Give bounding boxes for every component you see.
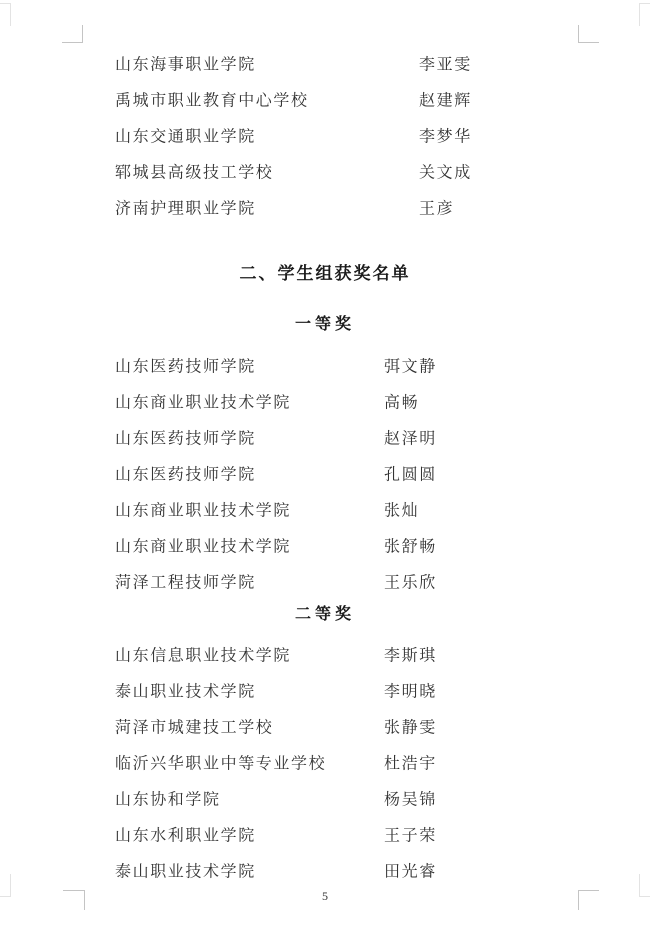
award-row: 济南护理职业学院王彦 bbox=[0, 189, 650, 225]
award-row: 山东交通职业学院李梦华 bbox=[0, 117, 650, 153]
school-name: 山东水利职业学院 bbox=[115, 823, 256, 846]
winner-name: 杨吴锦 bbox=[384, 787, 437, 810]
school-name: 山东商业职业技术学院 bbox=[115, 498, 291, 521]
school-name: 菏泽工程技师学院 bbox=[115, 570, 256, 593]
award-row: 山东水利职业学院王子荣 bbox=[0, 816, 650, 852]
winner-name: 王乐欣 bbox=[384, 570, 437, 593]
winner-name: 关文成 bbox=[419, 160, 472, 183]
school-name: 山东海事职业学院 bbox=[115, 52, 256, 75]
section-title: 二、学生组获奖名单 bbox=[0, 262, 650, 286]
award-row: 山东医药技师学院孔圆圆 bbox=[0, 455, 650, 491]
winner-name: 张静雯 bbox=[384, 715, 437, 738]
prize-heading-first: 一等奖 bbox=[0, 315, 650, 335]
page-corner-mark-top-left bbox=[0, 3, 11, 26]
winner-name: 李梦华 bbox=[419, 124, 472, 147]
winner-name: 赵建辉 bbox=[419, 88, 472, 111]
winner-name: 张舒畅 bbox=[384, 534, 437, 557]
school-name: 禹城市职业教育中心学校 bbox=[115, 88, 309, 111]
school-name: 山东医药技师学院 bbox=[115, 462, 256, 485]
award-row: 菏泽市城建技工学校张静雯 bbox=[0, 708, 650, 744]
award-row: 山东医药技师学院弭文静 bbox=[0, 347, 650, 383]
award-row: 郓城县高级技工学校关文成 bbox=[0, 153, 650, 189]
continued-award-list: 山东海事职业学院李亚雯禹城市职业教育中心学校赵建辉山东交通职业学院李梦华郓城县高… bbox=[0, 45, 650, 225]
award-row: 泰山职业技术学院田光睿 bbox=[0, 852, 650, 888]
winner-name: 高畅 bbox=[384, 390, 419, 413]
prize-heading-second: 二等奖 bbox=[0, 605, 650, 625]
winner-name: 李明晓 bbox=[384, 679, 437, 702]
page-corner-mark-top-right bbox=[639, 3, 650, 26]
winner-name: 杜浩宇 bbox=[384, 751, 437, 774]
award-row: 山东协和学院杨吴锦 bbox=[0, 780, 650, 816]
winner-name: 田光睿 bbox=[384, 859, 437, 882]
first-prize-list: 山东医药技师学院弭文静山东商业职业技术学院高畅山东医药技师学院赵泽明山东医药技师… bbox=[0, 347, 650, 599]
margin-crop-mark-top-right bbox=[578, 25, 599, 43]
winner-name: 弭文静 bbox=[384, 354, 437, 377]
award-row: 临沂兴华职业中等专业学校杜浩宇 bbox=[0, 744, 650, 780]
winner-name: 张灿 bbox=[384, 498, 419, 521]
award-row: 山东医药技师学院赵泽明 bbox=[0, 419, 650, 455]
school-name: 山东交通职业学院 bbox=[115, 124, 256, 147]
school-name: 泰山职业技术学院 bbox=[115, 859, 256, 882]
award-row: 山东信息职业技术学院李斯琪 bbox=[0, 636, 650, 672]
margin-crop-mark-top-left bbox=[62, 25, 83, 43]
award-row: 山东商业职业技术学院高畅 bbox=[0, 383, 650, 419]
school-name: 山东医药技师学院 bbox=[115, 354, 256, 377]
school-name: 山东商业职业技术学院 bbox=[115, 534, 291, 557]
award-row: 山东海事职业学院李亚雯 bbox=[0, 45, 650, 81]
school-name: 济南护理职业学院 bbox=[115, 196, 256, 219]
school-name: 菏泽市城建技工学校 bbox=[115, 715, 273, 738]
school-name: 郓城县高级技工学校 bbox=[115, 160, 273, 183]
winner-name: 赵泽明 bbox=[384, 426, 437, 449]
winner-name: 李亚雯 bbox=[419, 52, 472, 75]
winner-name: 王彦 bbox=[419, 196, 454, 219]
second-prize-list: 山东信息职业技术学院李斯琪泰山职业技术学院李明晓菏泽市城建技工学校张静雯临沂兴华… bbox=[0, 636, 650, 888]
page-number: 5 bbox=[0, 888, 650, 904]
school-name: 山东信息职业技术学院 bbox=[115, 643, 291, 666]
winner-name: 王子荣 bbox=[384, 823, 437, 846]
award-row: 禹城市职业教育中心学校赵建辉 bbox=[0, 81, 650, 117]
document-page: 山东海事职业学院李亚雯禹城市职业教育中心学校赵建辉山东交通职业学院李梦华郓城县高… bbox=[0, 0, 650, 939]
school-name: 临沂兴华职业中等专业学校 bbox=[115, 751, 326, 774]
school-name: 山东医药技师学院 bbox=[115, 426, 256, 449]
school-name: 山东商业职业技术学院 bbox=[115, 390, 291, 413]
winner-name: 李斯琪 bbox=[384, 643, 437, 666]
school-name: 山东协和学院 bbox=[115, 787, 221, 810]
award-row: 泰山职业技术学院李明晓 bbox=[0, 672, 650, 708]
award-row: 山东商业职业技术学院张舒畅 bbox=[0, 527, 650, 563]
award-row: 菏泽工程技师学院王乐欣 bbox=[0, 563, 650, 599]
award-row: 山东商业职业技术学院张灿 bbox=[0, 491, 650, 527]
winner-name: 孔圆圆 bbox=[384, 462, 437, 485]
school-name: 泰山职业技术学院 bbox=[115, 679, 256, 702]
